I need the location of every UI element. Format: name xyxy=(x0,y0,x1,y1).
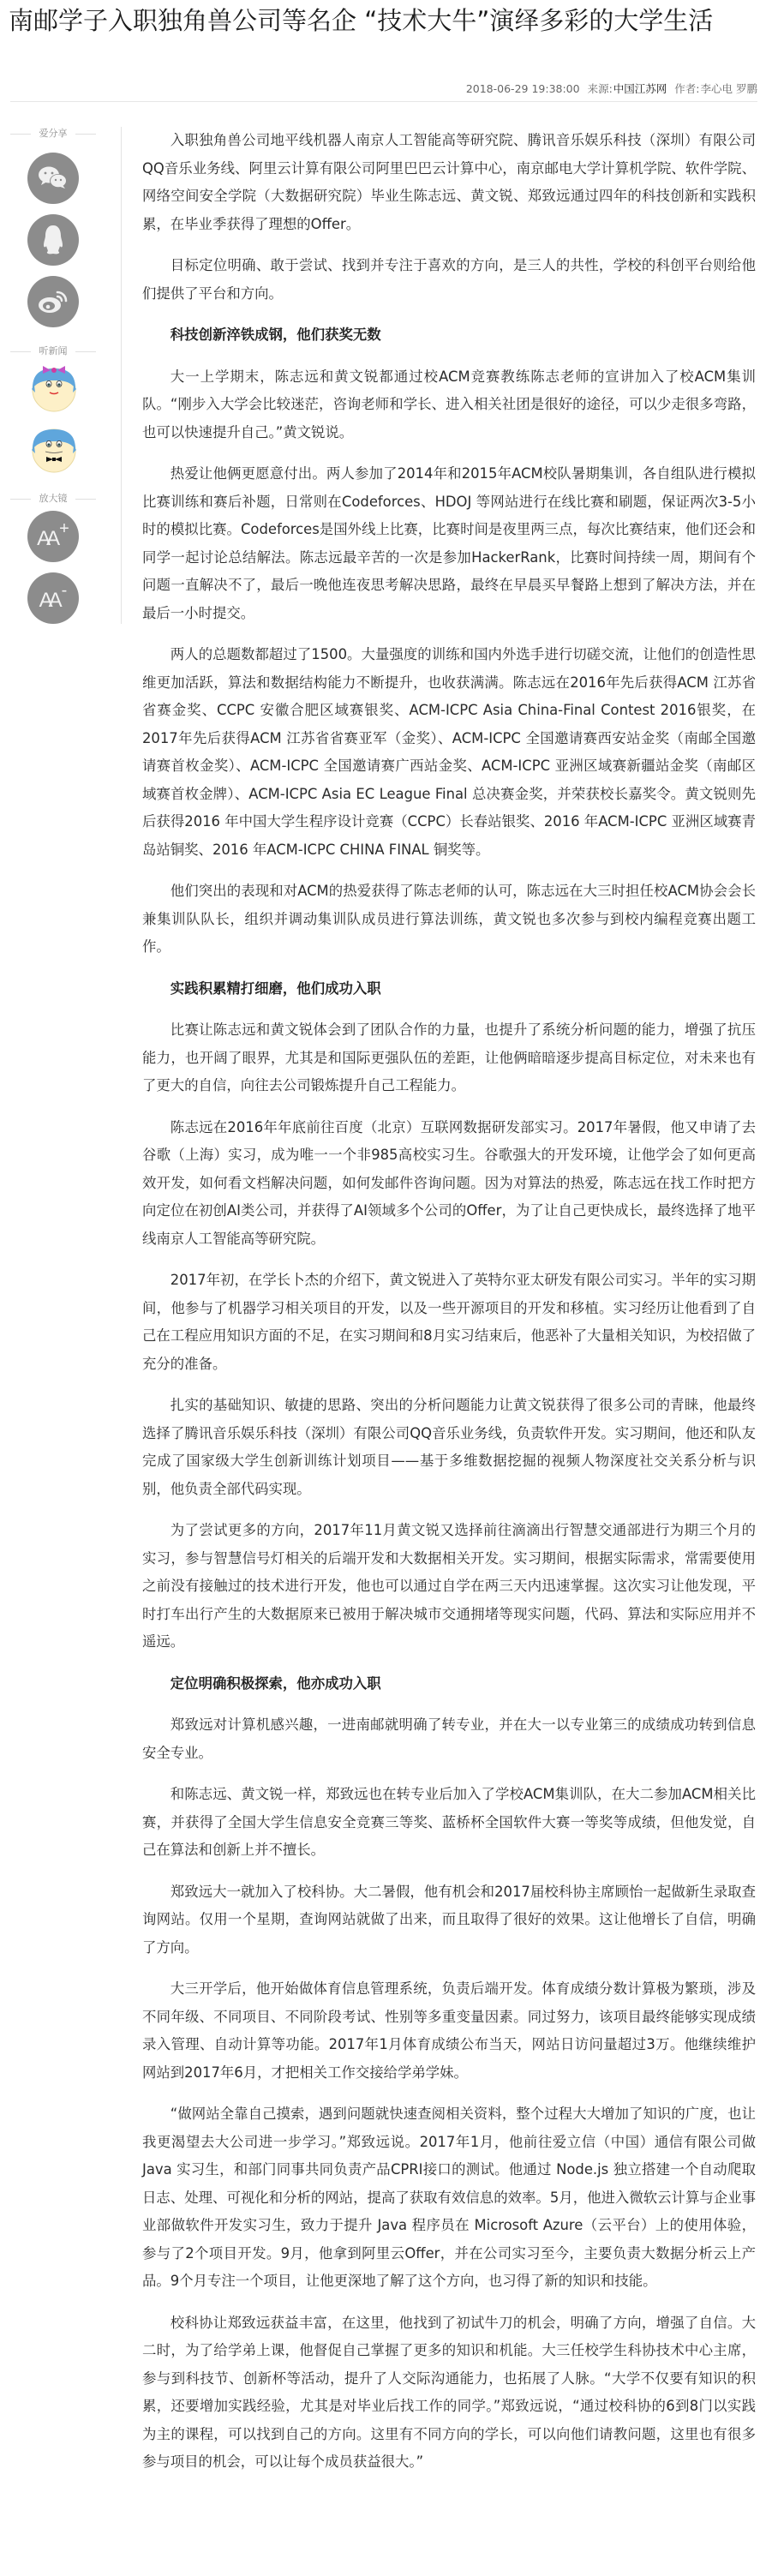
paragraph: 目标定位明确、敢于尝试、找到并专注于喜欢的方向，是三人的共性，学校的科创平台则给… xyxy=(142,252,756,308)
header-divider xyxy=(10,101,757,102)
paragraph: 2017年初，在学长卜杰的介绍下，黄文锐进入了英特尔亚太研发有限公司实习。半年的… xyxy=(142,1267,756,1378)
share-weibo-button[interactable] xyxy=(27,276,79,327)
weibo-icon xyxy=(37,289,69,315)
paragraph: 两人的总题数都超过了1500。大量强度的训练和国内外选手进行切磋交流，让他们的创… xyxy=(142,641,756,864)
paragraph: 和陈志远、黄文锐一样，郑致远也在转专业后加入了学校ACM集训队，在大二参加ACM… xyxy=(142,1781,756,1865)
section-subheading: 科技创新淬铁成钢，他们获奖无数 xyxy=(142,321,756,350)
paragraph: 郑致远对计算机感兴趣，一进南邮就明确了转专业，并在大一以专业第三的成绩成功转到信… xyxy=(142,1711,756,1767)
author-label: 作者: xyxy=(674,82,699,95)
article-body: 入职独角兽公司地平线机器人南京人工智能高等研究院、腾讯音乐娱乐科技（深圳）有限公… xyxy=(142,127,756,2490)
paragraph: 他们突出的表现和对ACM的热爱获得了陈志老师的认可，陈志远在大三时担任校ACM协… xyxy=(142,878,756,962)
listen-male-voice-button[interactable] xyxy=(27,422,81,476)
paragraph: 陈志远在2016年年底前往百度（北京）互联网数据研发部实习。2017年暑假，他又… xyxy=(142,1114,756,1254)
paragraph: 比赛让陈志远和黄文锐体会到了团队合作的力量，也提升了系统分析问题的能力，增强了抗… xyxy=(142,1016,756,1100)
paragraph: 入职独角兽公司地平线机器人南京人工智能高等研究院、腾讯音乐娱乐科技（深圳）有限公… xyxy=(142,127,756,238)
share-section-label: 爱分享 xyxy=(10,127,96,141)
section-subheading: 实践积累精打细磨，他们成功入职 xyxy=(142,975,756,1003)
wechat-icon xyxy=(38,165,69,191)
listen-female-voice-button[interactable] xyxy=(27,360,81,413)
female-cartoon-avatar-icon xyxy=(27,360,81,413)
author-names: 李心电 罗鹏 xyxy=(701,82,757,95)
font-increase-icon: AA+ xyxy=(37,523,69,551)
source-link[interactable]: 中国江苏网 xyxy=(613,82,667,95)
share-qq-button[interactable] xyxy=(27,214,79,266)
paragraph: 郑致远大一就加入了校科协。大二暑假，他有机会和2017届校科协主席顾怡一起做新生… xyxy=(142,1878,756,1962)
publish-datetime: 2018-06-29 19:38:00 xyxy=(466,82,580,95)
article-meta: 2018-06-29 19:38:00 来源:中国江苏网 作者:李心电 罗鹏 xyxy=(466,81,757,96)
paragraph: 扎实的基础知识、敏捷的思路、突出的分析问题能力让黄文锐获得了很多公司的青睐，他最… xyxy=(142,1392,756,1503)
paragraph: 热爱让他俩更愿意付出。两人参加了2014年和2015年ACM校队暑期集训，各自组… xyxy=(142,460,756,627)
font-increase-button[interactable]: AA+ xyxy=(27,511,79,562)
male-cartoon-avatar-icon xyxy=(27,422,81,476)
share-wechat-button[interactable] xyxy=(27,153,79,204)
paragraph: “做网站全靠自己摸索，遇到问题就快速查阅相关资料，整个过程大大增加了知识的广度，… xyxy=(142,2100,756,2296)
section-subheading: 定位明确积极探索，他亦成功入职 xyxy=(142,1670,756,1698)
font-decrease-button[interactable]: AA- xyxy=(27,572,79,624)
qq-penguin-icon xyxy=(42,225,64,255)
zoom-section-label: 放大镜 xyxy=(10,492,96,506)
paragraph: 大三开学后，他开始做体育信息管理系统，负责后端开发。体育成绩分数计算极为繁琐，涉… xyxy=(142,1975,756,2087)
article-sidebar: 爱分享 听新闻 xyxy=(0,127,122,624)
article-title: 南邮学子入职独角兽公司等名企 “技术大牛”演绎多彩的大学生活 xyxy=(9,5,763,37)
paragraph: 为了尝试更多的方向，2017年11月黄文锐又选择前往滴滴出行智慧交通部进行为期三… xyxy=(142,1517,756,1656)
listen-section-label: 听新闻 xyxy=(10,344,96,358)
paragraph: 校科协让郑致远获益丰富，在这里，他找到了初试牛刀的机会，明确了方向，增强了自信。… xyxy=(142,2309,756,2477)
source-label: 来源: xyxy=(588,82,613,95)
paragraph: 大一上学期末，陈志远和黄文锐都通过校ACM竞赛教练陈志老师的宣讲加入了校ACM集… xyxy=(142,363,756,447)
font-decrease-icon: AA- xyxy=(39,584,68,613)
